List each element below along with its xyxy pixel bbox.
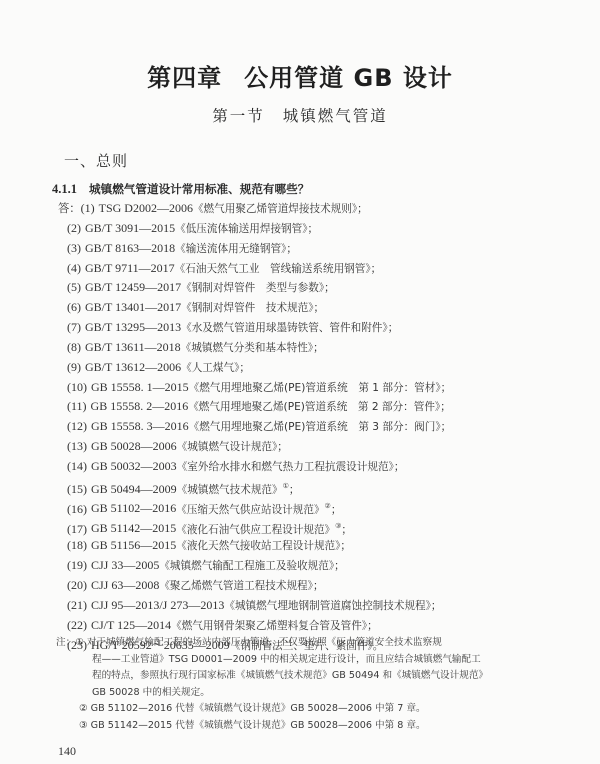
standard-item: (7)GB/T 13295—2013《水及燃气管道用球墨铸铁管、管件和附件》； [67, 318, 567, 338]
standard-item: (14)GB 50032—2003《室外给水排水和燃气热力工程抗震设计规范》； [67, 457, 567, 477]
note-1-line-1: 注：① 对于城镇燃气输配工程的场站内部压力管道，不仅要按照《压力管道安全技术监察… [56, 635, 566, 652]
item-index: (19) [67, 558, 87, 572]
standard-item: (22)CJ/T 125—2014《燃气用钢骨架聚乙烯塑料复合管及管件》； [67, 616, 567, 636]
footnotes: 注：① 对于城镇燃气输配工程的场站内部压力管道，不仅要按照《压力管道安全技术监察… [56, 635, 566, 735]
item-index: (13) [67, 439, 87, 453]
standard-code: GB 51102—2016 [91, 501, 176, 515]
standard-title: 《室外给水排水和燃气热力工程抗震设计规范》； [177, 461, 405, 473]
standard-item: (20)CJJ 63—2008《聚乙烯燃气管道工程技术规程》； [67, 576, 567, 596]
item-index: (11) [67, 399, 87, 413]
standard-code: GB 15558. 3—2016 [91, 419, 189, 433]
standard-title: 《城镇燃气输配工程施工及验收规范》； [159, 560, 344, 572]
item-index: (1) [81, 201, 95, 215]
standard-code: GB/T 13611—2018 [85, 340, 181, 354]
standard-title: 《燃气用钢骨架聚乙烯塑料复合管及管件》； [171, 620, 378, 632]
standard-code: GB/T 9711—2017 [85, 261, 175, 275]
standards-list: 答：(1)TSG D2002—2006《燃气用聚乙烯管道焊接技术规则》；(2)G… [67, 199, 567, 655]
standard-code: GB/T 13401—2017 [85, 300, 181, 314]
item-index: (21) [67, 598, 87, 612]
standard-code: CJJ 33—2005 [91, 558, 159, 572]
standard-item: (18)GB 51156—2015《液化天然气接收站工程设计规范》； [67, 536, 567, 556]
standard-code: GB/T 8163—2018 [85, 241, 175, 255]
standard-title: 《输送流体用无缝钢管》； [175, 243, 297, 255]
chapter-label: 第四章 [147, 64, 222, 92]
standard-code: GB 50028—2006 [91, 439, 177, 453]
note-1-line-3: 程的特点，参照执行现行国家标准《城镇燃气技术规范》GB 50494 和《城镇燃气… [56, 668, 566, 685]
standard-item: (12)GB 15558. 3—2016《燃气用埋地聚乙烯(PE)管道系统 第 … [67, 417, 567, 437]
standard-item: (11)GB 15558. 2—2016《燃气用埋地聚乙烯(PE)管道系统 第 … [67, 397, 567, 417]
item-index: (16) [67, 501, 87, 515]
standard-title: 《城镇燃气技术规范》 [177, 484, 283, 496]
standard-item: (16)GB 51102—2016《压缩天然气供应站设计规范》②； [67, 497, 567, 517]
item-index: (6) [67, 300, 81, 314]
standard-code: GB/T 12459—2017 [85, 280, 181, 294]
standard-code: GB 51156—2015 [91, 538, 176, 552]
item-index: (12) [67, 419, 87, 433]
item-index: (3) [67, 241, 81, 255]
standard-item: (10)GB 15558. 1—2015《燃气用埋地聚乙烯(PE)管道系统 第 … [67, 378, 567, 398]
standard-code: GB/T 13295—2013 [85, 320, 181, 334]
standard-code: TSG D2002—2006 [99, 201, 193, 215]
item-index: (5) [67, 280, 81, 294]
chapter-title: 第四章公用管道 GB 设计 [0, 58, 600, 93]
notes-label: 注： [56, 637, 75, 648]
item-index: (4) [67, 261, 81, 275]
note-1-line-2: 程——工业管道》TSG D0001—2009 中的相关规定进行设计，而且应结合城… [56, 652, 566, 669]
standard-title: 《燃气用埋地聚乙烯(PE)管道系统 第 1 部分：管材》； [189, 382, 452, 394]
standard-item: (5)GB/T 12459—2017《钢制对焊管件 类型与参数》； [67, 278, 567, 298]
section-title: 第一节城镇燃气管道 [0, 104, 600, 126]
standard-title: 《聚乙烯燃气管道工程技术规程》； [159, 580, 323, 592]
standard-code: GB 15558. 1—2015 [91, 380, 189, 394]
standard-title: 《燃气用聚乙烯管道焊接技术规则》； [193, 203, 368, 215]
item-index: (20) [67, 578, 87, 592]
item-index: (17) [67, 521, 87, 535]
item-index: (9) [67, 360, 81, 374]
chapter-name: 公用管道 GB 设计 [244, 64, 453, 92]
section-label: 第一节 [212, 107, 265, 125]
question-number: 4.1.1 [52, 182, 77, 196]
answer-prefix: 答： [58, 202, 81, 215]
question-text: 城镇燃气管道设计常用标准、规范有哪些？ [89, 182, 309, 196]
standard-title: 《低压流体输送用焊接钢管》； [175, 223, 318, 235]
note-1-line-4: GB 50028 中的相关规定。 [56, 685, 566, 702]
standard-item: (15)GB 50494—2009《城镇燃气技术规范》①； [67, 477, 567, 497]
standard-title: 《燃气用埋地聚乙烯(PE)管道系统 第 2 部分：管件》； [188, 401, 451, 413]
semicolon: ； [341, 523, 352, 535]
standard-title: 《城镇燃气设计规范》； [177, 441, 288, 453]
standard-item: (21)CJJ 95—2013/J 273—2013《城镇燃气埋地钢制管道腐蚀控… [67, 596, 567, 616]
standard-title: 《城镇燃气分类和基本特性》； [181, 342, 324, 354]
standard-code: GB 50032—2003 [91, 459, 177, 473]
section-name: 城镇燃气管道 [283, 107, 388, 125]
standard-code: CJJ 95—2013/J 273—2013 [91, 598, 224, 612]
note-3: ③ GB 51142—2015 代替《城镇燃气设计规范》GB 50028—200… [56, 718, 566, 735]
standard-code: GB 51142—2015 [91, 521, 176, 535]
standard-item: (2)GB/T 3091—2015《低压流体输送用焊接钢管》； [67, 219, 567, 239]
note-2: ② GB 51102—2016 代替《城镇燃气设计规范》GB 50028—200… [56, 701, 566, 718]
standard-title: 《人工煤气》； [181, 362, 250, 374]
standard-item: (3)GB/T 8163—2018《输送流体用无缝钢管》； [67, 239, 567, 259]
standard-item: 答：(1)TSG D2002—2006《燃气用聚乙烯管道焊接技术规则》； [58, 199, 567, 219]
item-index: (14) [67, 459, 87, 473]
item-index: (18) [67, 538, 87, 552]
standard-code: GB 15558. 2—2016 [91, 399, 189, 413]
page-number: 140 [58, 744, 76, 759]
question-heading: 4.1.1城镇燃气管道设计常用标准、规范有哪些？ [52, 181, 309, 197]
standard-title: 《城镇燃气埋地钢制管道腐蚀控制技术规程》； [224, 600, 441, 612]
standard-title: 《燃气用埋地聚乙烯(PE)管道系统 第 3 部分：阀门》； [189, 421, 452, 433]
standard-title: 《液化石油气供应工程设计规范》 [176, 523, 335, 535]
subheading: 一、总则 [64, 150, 128, 171]
standard-code: GB/T 13612—2006 [85, 360, 181, 374]
item-index: (7) [67, 320, 81, 334]
standard-title: 《压缩天然气供应站设计规范》 [176, 503, 324, 515]
standard-item: (9)GB/T 13612—2006《人工煤气》； [67, 358, 567, 378]
item-index: (8) [67, 340, 81, 354]
standard-title: 《水及燃气管道用球墨铸铁管、管件和附件》； [181, 322, 398, 334]
standard-code: GB/T 3091—2015 [85, 221, 175, 235]
item-index: (2) [67, 221, 81, 235]
standard-item: (4)GB/T 9711—2017《石油天然气工业 管线输送系统用钢管》； [67, 259, 567, 279]
standard-item: (19)CJJ 33—2005《城镇燃气输配工程施工及验收规范》； [67, 556, 567, 576]
item-index: (22) [67, 618, 87, 632]
standard-item: (17)GB 51142—2015《液化石油气供应工程设计规范》③； [67, 517, 567, 537]
standard-code: GB 50494—2009 [91, 482, 177, 496]
standard-title: 《钢制对焊管件 类型与参数》； [181, 282, 335, 294]
standard-item: (6)GB/T 13401—2017《钢制对焊管件 技术规范》； [67, 298, 567, 318]
item-index: (15) [67, 482, 87, 496]
standard-code: CJ/T 125—2014 [91, 618, 171, 632]
standard-code: CJJ 63—2008 [91, 578, 159, 592]
item-index: (10) [67, 380, 87, 394]
semicolon: ； [331, 503, 342, 515]
standard-item: (13)GB 50028—2006《城镇燃气设计规范》； [67, 437, 567, 457]
standard-title: 《液化天然气接收站工程设计规范》； [176, 540, 351, 552]
standard-item: (8)GB/T 13611—2018《城镇燃气分类和基本特性》； [67, 338, 567, 358]
standard-title: 《石油天然气工业 管线输送系统用钢管》； [175, 263, 382, 275]
document-page: 第四章公用管道 GB 设计 第一节城镇燃气管道 一、总则 4.1.1城镇燃气管道… [0, 0, 600, 764]
standard-title: 《钢制对焊管件 技术规范》； [181, 302, 324, 314]
semicolon: ； [289, 484, 300, 496]
